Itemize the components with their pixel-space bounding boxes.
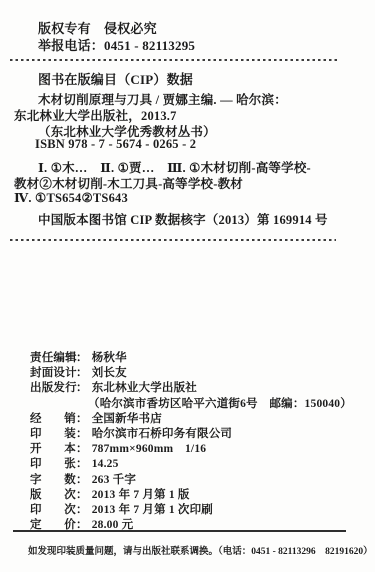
quality-notice-line: 如发现印装质量问题，请与出版社联系调换。（电话：0451 - 82113296 … [28, 543, 373, 557]
colophon-value: 东北林业大学出版社 [92, 382, 197, 394]
colophon-row-publisher: 出版发行：东北林业大学出版社 [30, 381, 365, 396]
colophon-label: 印张 [30, 457, 76, 472]
dotted-divider-bottom [10, 239, 336, 241]
report-phone-line: 举报电话：0451 - 82113295 [38, 35, 195, 54]
colophon-separator: ： [76, 503, 88, 518]
colophon-label: 版次 [30, 488, 76, 503]
colophon-value: 2013 年 7 月第 1 次印刷 [92, 504, 213, 516]
colophon-label: 责任编辑 [30, 351, 76, 366]
colophon-row-sheets: 印张：14.25 [30, 457, 365, 472]
colophon-value: 14.25 [92, 458, 119, 470]
colophon-value: 2013 年 7 月第 1 版 [92, 489, 190, 501]
colophon-label: 经销 [30, 412, 76, 427]
colophon-separator: ： [76, 351, 88, 366]
colophon-row-wordcount: 字数：263 千字 [30, 473, 365, 488]
colophon-separator: ： [76, 366, 88, 381]
colophon-label: 出版发行 [30, 381, 76, 396]
publisher-address-line: （哈尔滨市香坊区哈平六道街6号 邮编：150040） [30, 397, 365, 412]
colophon-value: 全国新华书店 [92, 413, 162, 425]
colophon-label: 印装 [30, 427, 76, 442]
colophon-separator: ： [76, 427, 88, 442]
colophon-label: 封面设计 [30, 366, 76, 381]
colophon-separator: ： [76, 412, 88, 427]
colophon-value: 787mm×960mm 1/16 [92, 443, 207, 455]
copyright-page: 版权专有 侵权必究 举报电话：0451 - 82113295 图书在版编目（CI… [0, 0, 375, 572]
colophon-separator: ： [76, 473, 88, 488]
colophon-separator: ： [76, 457, 88, 472]
colophon-row-impression: 印次：2013 年 7 月第 1 次印刷 [30, 503, 365, 518]
colophon-row-printer: 印装：哈尔滨市石桥印务有限公司 [30, 427, 365, 442]
colophon-value: 哈尔滨市石桥印务有限公司 [92, 428, 232, 440]
colophon-separator: ： [76, 381, 88, 396]
cip-heading: 图书在版编目（CIP）数据 [38, 69, 193, 88]
colophon-value: 杨秋华 [92, 352, 127, 364]
colophon-label: 印次 [30, 503, 76, 518]
colophon-label: 字数 [30, 473, 76, 488]
colophon-label: 开本 [30, 442, 76, 457]
colophon-separator: ： [76, 488, 88, 503]
colophon-row-edition: 版次：2013 年 7 月第 1 版 [30, 488, 365, 503]
dotted-divider-top [10, 59, 337, 61]
cip-isbn-line: ISBN 978 - 7 - 5674 - 0265 - 2 [35, 137, 196, 152]
solid-divider [13, 530, 346, 532]
colophon-row-cover-design: 封面设计：刘长友 [30, 366, 365, 381]
colophon-row-editor: 责任编辑：杨秋华 [30, 351, 365, 366]
colophon-value: 263 千字 [92, 474, 136, 486]
cip-class-line-3: Ⅳ. ①TS654②TS643 [14, 190, 128, 206]
colophon-row-distributor: 经销：全国新华书店 [30, 412, 365, 427]
cip-record-line: 中国版本图书馆 CIP 数据核字（2013）第 169914 号 [38, 210, 328, 228]
colophon-block: 责任编辑：杨秋华 封面设计：刘长友 出版发行：东北林业大学出版社 （哈尔滨市香坊… [30, 351, 365, 533]
colophon-value: 刘长友 [92, 367, 127, 379]
colophon-row-format: 开本：787mm×960mm 1/16 [30, 442, 365, 457]
colophon-separator: ： [76, 442, 88, 457]
